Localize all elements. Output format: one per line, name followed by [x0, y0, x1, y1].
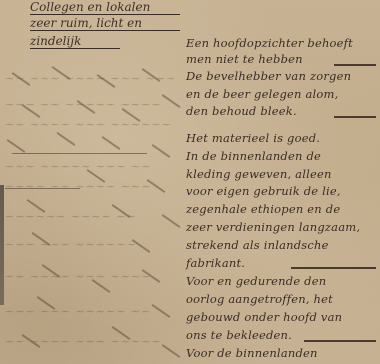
text-line: De bevelhebber van zorgen: [186, 69, 351, 83]
text-line: voor eigen gebruik de lie,: [186, 184, 341, 198]
text-line: men niet te hebben: [186, 52, 303, 66]
header-line: Collegen en lokalen: [30, 0, 180, 15]
line-filler-dash: [304, 340, 376, 342]
bleed-through-column: ~~ ~~~ ~~~~ ~~~ ~~~ ~~~ ~~ ~~~~~ ~~~~ ~~…: [0, 60, 185, 364]
text-line: den behoud bleek.: [186, 104, 297, 118]
text-line: In de binnenlanden de: [186, 149, 321, 163]
header-line: zindelijk: [30, 34, 120, 49]
text-line: strekend als inlandsche: [186, 238, 329, 252]
text-line: Voor en gedurende den: [186, 274, 326, 288]
text-line: oorlog aangetroffen, het: [186, 292, 333, 306]
text-line: zegenhale ethiopen en de: [186, 202, 340, 216]
header-line: zeer ruim, licht en: [30, 16, 180, 31]
text-line: fabrikant.: [186, 256, 245, 270]
text-line: Voor de binnenlanden: [186, 346, 318, 360]
text-line: Het materieel is goed.: [186, 131, 320, 145]
text-line: zeer verdieningen langzaam,: [186, 220, 360, 234]
text-line: kleding geweven, alleen: [186, 167, 332, 181]
text-line: Een hoofdopzichter behoeft: [186, 36, 353, 50]
text-line: ons te bekleeden.: [186, 328, 292, 342]
manuscript-page: ~~ ~~~ ~~~~ ~~~ ~~~ ~~~ ~~ ~~~~~ ~~~~ ~~…: [0, 0, 380, 364]
line-filler-dash: [334, 116, 376, 118]
text-line: gebouwd onder hoofd van: [186, 310, 342, 324]
line-filler-dash: [334, 64, 376, 66]
text-line: en de beer gelegen alom,: [186, 87, 339, 101]
line-filler-dash: [291, 267, 376, 269]
